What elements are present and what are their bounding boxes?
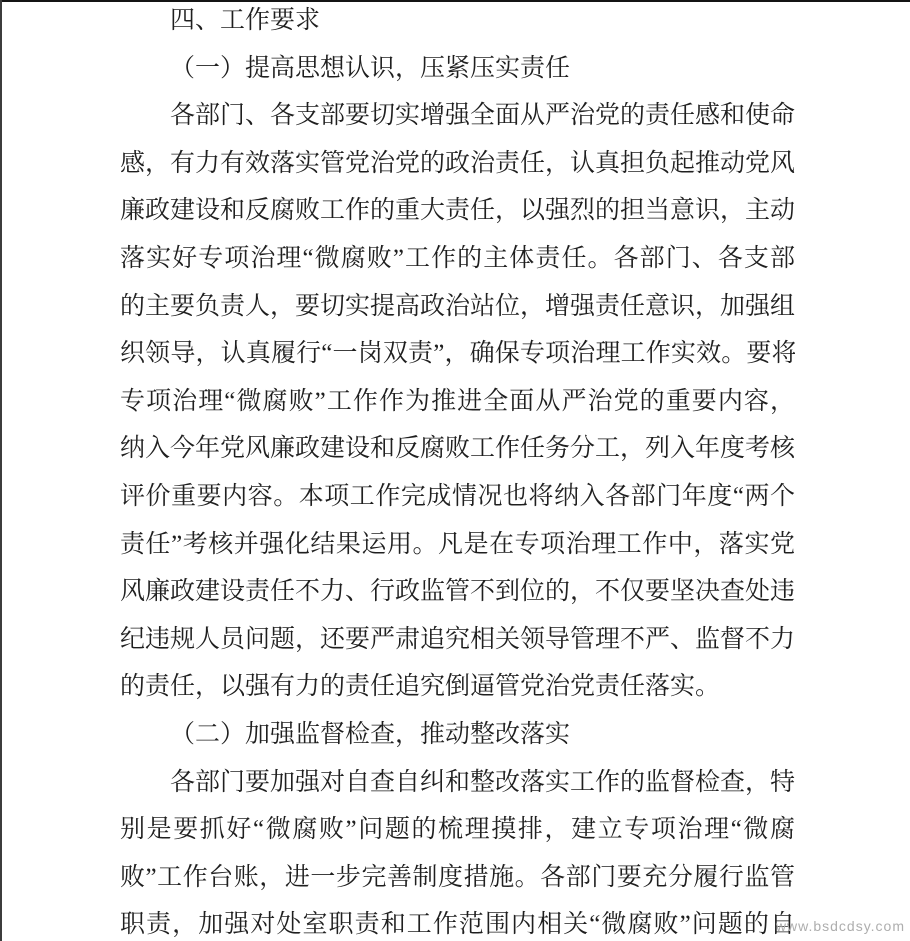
document-page: 四、工作要求 （一）提高思想认识，压紧压实责任 各部门、各支部要切实增强全面从严… — [120, 0, 795, 941]
body-line: 职责，加强对处室职责和工作范围内相关“微腐败”问题的自 — [120, 901, 795, 941]
section-heading: 四、工作要求 — [120, 0, 795, 45]
body-line: 织领导，认真履行“一岗双责”，确保专项治理工作实效。要将 — [120, 330, 795, 378]
page-left-border — [0, 0, 2, 941]
body-line: 廉政建设和反腐败工作的重大责任，以强烈的担当意识，主动 — [120, 187, 795, 235]
body-line: 的责任，以强有力的责任追究倒逼管党治党责任落实。 — [120, 663, 795, 711]
subsection-heading: （二）加强监督检查，推动整改落实 — [120, 711, 795, 759]
body-line: 纳入今年党风廉政建设和反腐败工作任务分工，列入年度考核 — [120, 425, 795, 473]
body-line: 各部门、各支部要切实增强全面从严治党的责任感和使命 — [120, 92, 795, 140]
subsection-heading: （一）提高思想认识，压紧压实责任 — [120, 45, 795, 93]
watermark: www.bsdcdsy.com — [776, 918, 905, 934]
body-line: 责任”考核并强化结果运用。凡是在专项治理工作中，落实党 — [120, 521, 795, 569]
body-line: 落实好专项治理“微腐败”工作的主体责任。各部门、各支部 — [120, 235, 795, 283]
body-line: 感，有力有效落实管党治党的政治责任，认真担负起推动党风 — [120, 140, 795, 188]
body-line: 的主要负责人，要切实提高政治站位，增强责任意识，加强组 — [120, 283, 795, 331]
body-line: 专项治理“微腐败”工作作为推进全面从严治党的重要内容， — [120, 378, 795, 426]
body-line: 风廉政建设责任不力、行政监管不到位的，不仅要坚决查处违 — [120, 568, 795, 616]
body-line: 败”工作台账，进一步完善制度措施。各部门要充分履行监管 — [120, 854, 795, 902]
body-line: 纪违规人员问题，还要严肃追究相关领导管理不严、监督不力 — [120, 616, 795, 664]
body-line: 评价重要内容。本项工作完成情况也将纳入各部门年度“两个 — [120, 473, 795, 521]
body-line: 别是要抓好“微腐败”问题的梳理摸排，建立专项治理“微腐 — [120, 806, 795, 854]
body-line: 各部门要加强对自查自纠和整改落实工作的监督检查，特 — [120, 759, 795, 807]
